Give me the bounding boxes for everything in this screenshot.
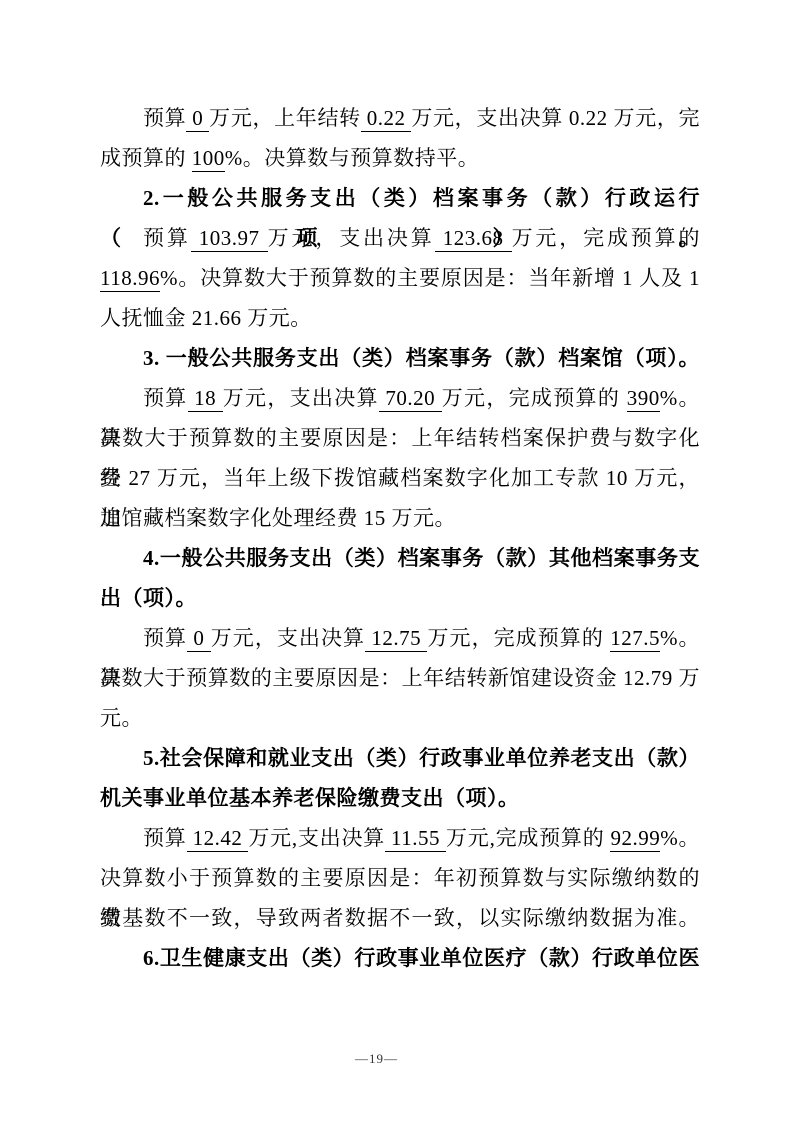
- text-segment: 万元,完成预算的: [446, 826, 610, 850]
- heading-line: 6.卫生健康支出（类）行政事业单位医疗（款）行政单位医: [100, 938, 700, 978]
- body-line: 算数大于预算数的主要原因是：上年结转新馆建设资金 12.79 万: [100, 658, 700, 698]
- underlined-value: 123.68: [435, 226, 512, 252]
- text-segment: 万元,支出决算: [248, 826, 385, 850]
- underlined-value: 0: [187, 626, 211, 652]
- text-segment: 5.社会保障和就业支出（类）行政事业单位养老支出（款）: [143, 746, 700, 770]
- document-lines: 预算 0 万元，上年结转 0.22 万元，支出决算 0.22 万元，完成预算的 …: [100, 98, 700, 978]
- text-segment: %。决算数大于预算数的主要原因是：当年新增 1 人及 1: [160, 266, 700, 290]
- text-segment: 3. 一般公共服务支出（类）档案事务（款）档案馆（项）。: [143, 346, 700, 370]
- heading-line: 机关事业单位基本养老保险缴费支出（项）。: [100, 778, 700, 818]
- text-segment: 预算: [143, 106, 186, 130]
- body-line: 费基数不一致，导致两者数据不一致，以实际缴纳数据为准。: [100, 898, 700, 938]
- underlined-value: 12.42: [187, 826, 249, 852]
- underlined-value: 92.99: [610, 826, 660, 852]
- body-line: 费 27 万元，当年上级下拨馆藏档案数字化加工专款 10 万元，追: [100, 458, 700, 498]
- text-segment: 万元，完成预算的: [442, 386, 627, 410]
- text-segment: 万元，支出决算: [268, 226, 435, 250]
- heading-line: 3. 一般公共服务支出（类）档案事务（款）档案馆（项）。: [100, 338, 700, 378]
- text-segment: 机关事业单位基本养老保险缴费支出（项）。: [100, 786, 520, 810]
- body-line: 成预算的 100%。决算数与预算数持平。: [100, 138, 700, 178]
- text-segment: 预算: [143, 626, 187, 650]
- body-line: 决算数小于预算数的主要原因是：年初预算数与实际缴纳数的缴: [100, 858, 700, 898]
- underlined-value: 390: [627, 386, 660, 412]
- underlined-value: 0: [186, 106, 209, 132]
- body-line: 预算 0 万元，上年结转 0.22 万元，支出决算 0.22 万元，完: [100, 98, 700, 138]
- text-segment: 预算: [143, 226, 191, 250]
- text-segment: 算数大于预算数的主要原因是：上年结转新馆建设资金 12.79 万: [100, 666, 700, 690]
- body-line: 算数大于预算数的主要原因是：上年结转档案保护费与数字化经: [100, 418, 700, 458]
- body-line: 加馆藏档案数字化处理经费 15 万元。: [100, 498, 700, 538]
- underlined-value: 0.22: [361, 106, 412, 132]
- heading-line: 5.社会保障和就业支出（类）行政事业单位养老支出（款）: [100, 738, 700, 778]
- text-segment: 出（项）。: [100, 586, 197, 610]
- heading-line: 2.一般公共服务支出（类）档案事务（款）行政运行（项）。: [100, 178, 700, 218]
- underlined-value: 100: [192, 146, 225, 172]
- underlined-value: 70.20: [379, 386, 442, 412]
- text-segment: 人抚恤金 21.66 万元。: [100, 306, 312, 330]
- text-segment: 加馆藏档案数字化处理经费 15 万元。: [100, 506, 456, 530]
- heading-line: 出（项）。: [100, 578, 700, 618]
- body-line: 人抚恤金 21.66 万元。: [100, 298, 700, 338]
- text-segment: 预算: [143, 386, 188, 410]
- document-page: 预算 0 万元，上年结转 0.22 万元，支出决算 0.22 万元，完成预算的 …: [0, 0, 793, 1122]
- text-segment: 万元，完成预算的: [512, 226, 700, 250]
- body-line: 预算 103.97 万元，支出决算 123.68 万元，完成预算的: [100, 218, 700, 258]
- underlined-value: 11.55: [385, 826, 446, 852]
- underlined-value: 12.75: [365, 626, 427, 652]
- page-number: —19—: [0, 1050, 753, 1068]
- text-segment: 预算: [143, 826, 187, 850]
- body-line: 预算 12.42 万元,支出决算 11.55 万元,完成预算的 92.99%。: [100, 818, 700, 858]
- underlined-value: 118.96: [100, 266, 160, 292]
- underlined-value: 18: [188, 386, 223, 412]
- underlined-value: 103.97: [191, 226, 268, 252]
- text-segment: 万元，支出决算 0.22 万元，完: [411, 106, 700, 130]
- text-segment: 6.卫生健康支出（类）行政事业单位医疗（款）行政单位医: [143, 946, 700, 970]
- underlined-value: 127.5: [610, 626, 660, 652]
- body-line: 预算 18 万元，支出决算 70.20 万元，完成预算的 390%。决: [100, 378, 700, 418]
- body-line: 元。: [100, 698, 700, 738]
- text-segment: %。决算数与预算数持平。: [225, 146, 480, 170]
- text-segment: 4.一般公共服务支出（类）档案事务（款）其他档案事务支: [143, 546, 700, 570]
- heading-line: 4.一般公共服务支出（类）档案事务（款）其他档案事务支: [100, 538, 700, 578]
- text-segment: %。: [660, 826, 700, 850]
- text-segment: 万元，支出决算: [211, 626, 365, 650]
- text-segment: 万元，上年结转: [209, 106, 361, 130]
- text-segment: 万元，完成预算的: [427, 626, 610, 650]
- body-line: 118.96%。决算数大于预算数的主要原因是：当年新增 1 人及 1: [100, 258, 700, 298]
- text-segment: 成预算的: [100, 146, 192, 170]
- text-segment: 费基数不一致，导致两者数据不一致，以实际缴纳数据为准。: [100, 906, 700, 930]
- text-segment: 元。: [100, 706, 143, 730]
- body-line: 预算 0 万元，支出决算 12.75 万元，完成预算的 127.5%。决: [100, 618, 700, 658]
- text-segment: 万元，支出决算: [223, 386, 379, 410]
